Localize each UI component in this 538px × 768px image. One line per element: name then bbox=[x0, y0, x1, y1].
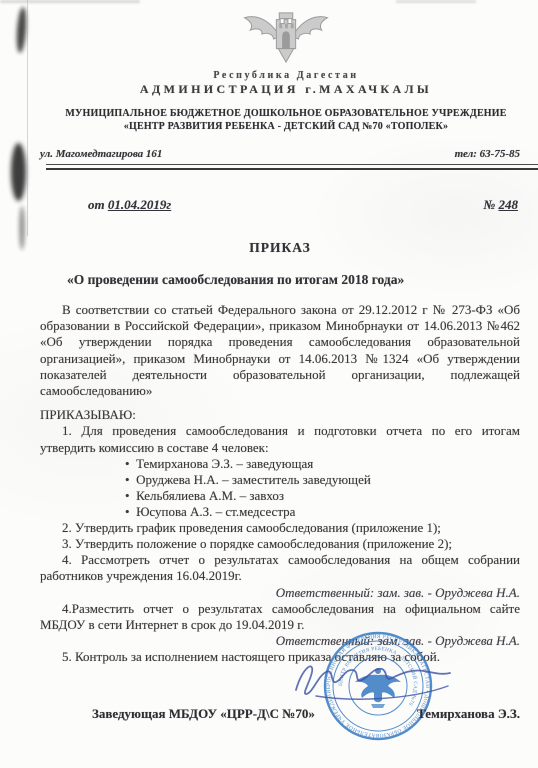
order-item-2: 2. Утвердить график проведения самообсле… bbox=[40, 520, 520, 536]
org-name-line1: МУНИЦИПАЛЬНОЕ БЮДЖЕТНОЕ ДОШКОЛЬНОЕ ОБРАЗ… bbox=[46, 108, 526, 121]
order-item-5: 4.Разместить отчет о результатах самообс… bbox=[40, 601, 520, 633]
responsible-line: Ответственный: зам. зав. - Оруджева Н.А. bbox=[40, 633, 520, 649]
org-name-line2: «ЦЕНТР РАЗВИТИЯ РЕБЕНКА - ДЕТСКИЙ САД №7… bbox=[46, 121, 526, 134]
order-meta: от 01.04.2019г № 248 bbox=[40, 197, 520, 213]
order-number: № 248 bbox=[483, 197, 520, 213]
signer-role: Заведующая МБДОУ «ЦРР-Д\С №70» bbox=[40, 706, 315, 722]
signer-name: Темирханова Э.З. bbox=[417, 706, 520, 722]
org-address: ул. Магомедтагирова 161 bbox=[40, 148, 162, 160]
handwritten-signature bbox=[290, 654, 458, 704]
order-subject: «О проведении самообследования по итогам… bbox=[40, 272, 520, 288]
org-phone: тел: 63-75-85 bbox=[455, 148, 520, 160]
commission-member: Юсупова А.З. – ст.медсестра bbox=[125, 504, 520, 520]
republic-line: Республика Дагестан bbox=[46, 70, 526, 81]
commission-member: Темирханова Э.З. – заведующая bbox=[125, 456, 520, 472]
commission-member: Кельбялиева А.М. – завхоз bbox=[125, 488, 520, 504]
letterhead-divider bbox=[46, 164, 538, 170]
administration-line: АДМИНИСТРАЦИЯ г.МАХАЧКАЛЫ bbox=[46, 82, 526, 97]
order-title: ПРИКАЗ bbox=[40, 240, 520, 256]
resolve-heading: ПРИКАЗЫВАЮ: bbox=[40, 407, 520, 423]
order-item-3: 3. Утвердить положение о порядке самообс… bbox=[40, 536, 520, 552]
responsible-line: Ответственный: зам. зав. - Оруджева Н.А. bbox=[40, 585, 520, 601]
signature-row: Заведующая МБДОУ «ЦРР-Д\С №70» Темирхано… bbox=[40, 706, 520, 722]
order-item-1: 1. Для проведения самообследования и под… bbox=[40, 423, 520, 455]
commission-list: Темирханова Э.З. – заведующая Оруджева Н… bbox=[40, 456, 520, 520]
order-preamble: В соответствии со статьей Федерального з… bbox=[40, 302, 520, 399]
letterhead: Республика Дагестан АДМИНИСТРАЦИЯ г.МАХА… bbox=[46, 8, 526, 170]
scanned-order-document: Республика Дагестан АДМИНИСТРАЦИЯ г.МАХА… bbox=[0, 0, 538, 768]
document-body: Республика Дагестан АДМИНИСТРАЦИЯ г.МАХА… bbox=[0, 0, 538, 762]
order-date: от 01.04.2019г bbox=[40, 197, 171, 213]
commission-member: Оруджева Н.А. – заместитель заведующей bbox=[125, 472, 520, 488]
order-item-4: 4. Рассмотреть отчет о результатах самоо… bbox=[40, 552, 520, 584]
coat-of-arms-icon bbox=[237, 8, 335, 66]
